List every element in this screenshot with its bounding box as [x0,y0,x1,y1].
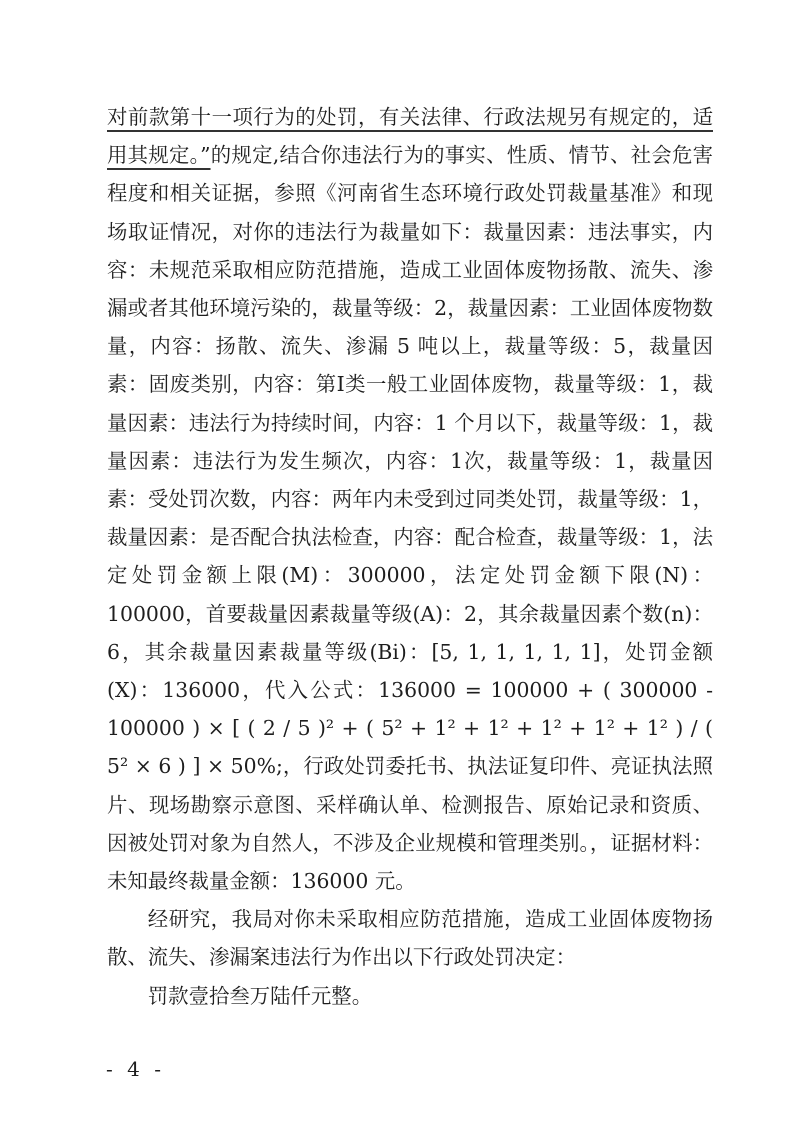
document-page: 对前款第十一项行为的处罚，有关法律、行政法规另有规定的，适用其规定。”的规定,结… [0,0,806,1141]
paragraph-fine-amount: 罚款壹拾叁万陆仟元整。 [107,977,713,1015]
page-number: - 4 - [106,1057,165,1081]
discretion-calculation-text: 的规定,结合你违法行为的事实、性质、情节、社会危害程度和相关证据，参照《河南省生… [107,143,713,893]
paragraph-decision-intro: 经研究，我局对你未采取相应防范措施，造成工业固体废物扬散、流失、渗漏案违法行为作… [107,900,713,976]
paragraph-discretion-details: 对前款第十一项行为的处罚，有关法律、行政法规另有规定的，适用其规定。”的规定,结… [107,98,713,900]
document-body: 对前款第十一项行为的处罚，有关法律、行政法规另有规定的，适用其规定。”的规定,结… [107,98,713,1015]
